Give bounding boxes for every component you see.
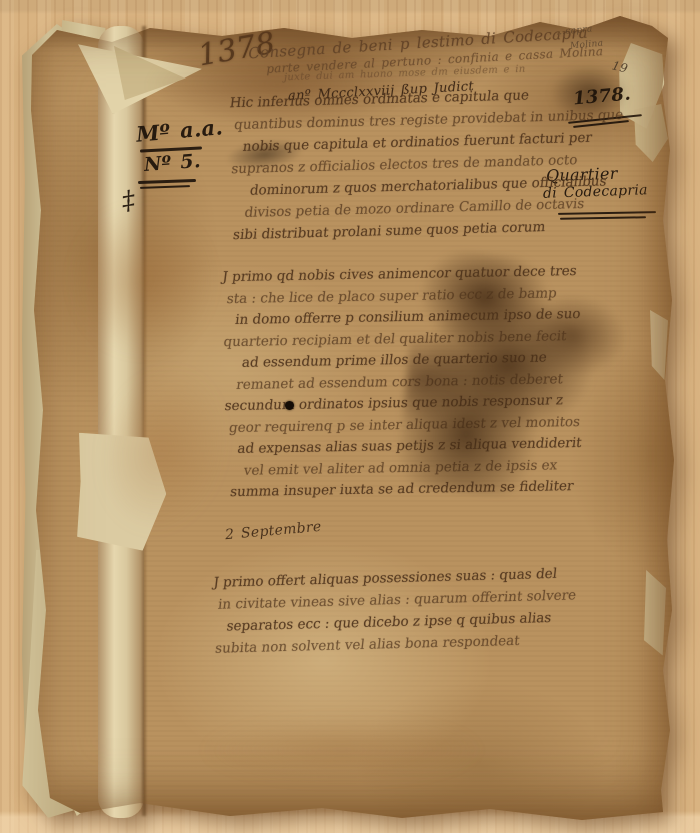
worm-hole xyxy=(285,401,294,410)
paragraph-3: J primo offert aliquas possessiones suas… xyxy=(217,565,577,662)
manuscript-page: 1378 Consegna de beni p lestimo di Codec… xyxy=(22,10,678,822)
archive-mark-n5: Nº 5. xyxy=(143,150,201,176)
wood-table: 1378 Consegna de beni p lestimo di Codec… xyxy=(0,0,700,833)
paragraph-2: J primo qd nobis cives animencor quatuor… xyxy=(226,263,583,506)
paragraph-1: Hic inferius omnes ordinatas e capitula … xyxy=(233,85,626,249)
